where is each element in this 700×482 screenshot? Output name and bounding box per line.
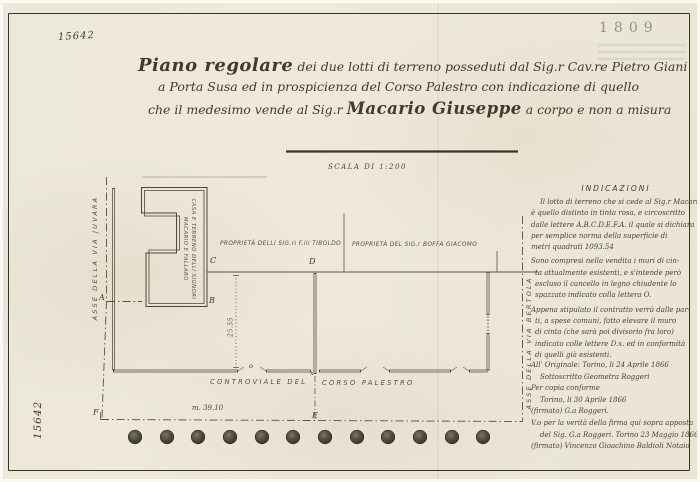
point-C: C xyxy=(210,256,216,265)
title-line1-rest: dei due lotti di terreno posseduti dal S… xyxy=(293,59,687,74)
archive-stamp-number: 1809 xyxy=(599,20,659,36)
certification-line: All' Originale: Torino, li 24 Aprile 186… xyxy=(531,360,699,372)
indicazioni-line: ti, a spese comuni, fatto elevare il mur… xyxy=(531,316,699,327)
certification-line: V.o per la verità della firma qui sopra … xyxy=(531,418,699,430)
document-title-line3: che il medesimo vende al Sig.r Macario G… xyxy=(148,99,671,118)
indicazioni-line: di cinta (che sarà poi divisorio fra lor… xyxy=(531,327,699,338)
point-A: A xyxy=(99,293,105,302)
inventory-number-side: 15642 xyxy=(32,401,44,439)
building-label: CASA E TERRENO DELLI SIGNORI MACARIO E F… xyxy=(181,198,197,299)
point-x: x xyxy=(310,369,314,377)
certification-block: All' Originale: Torino, li 24 Aprile 186… xyxy=(531,360,699,453)
point-B: B xyxy=(209,296,215,305)
property-label-boffa: PROPRIETÀ DEL SIG.r BOFFA GIACOMO xyxy=(352,242,477,248)
indicazioni-line: Il lotto di terreno che si cede al Sig.r… xyxy=(531,197,699,208)
document-title-line2: a Porta Susa ed in prospicienza del Cors… xyxy=(158,79,639,94)
title-line3-pre: che il medesimo vende al Sig.r xyxy=(148,102,347,117)
certification-line: Torino, li 30 Aprile 1866 xyxy=(531,395,699,407)
title-line3-post: a corpo e non a misura xyxy=(522,102,672,117)
indicazioni-line: ta attualmente esistenti, e s'intende pe… xyxy=(531,268,699,279)
width-dimension: m. 39.10 xyxy=(192,404,223,412)
indicazioni-line: è quello distinto in tinta rosa, e circo… xyxy=(531,208,699,219)
inventory-number: 15642 xyxy=(58,30,95,43)
building-label-line2: MACARIO E FALLARO xyxy=(181,198,189,299)
certification-line: del Sig. G.a Roggeri. Torino 23 Maggio 1… xyxy=(531,430,699,442)
indicazioni-line: dalle lettere A.B.C.D.E.F.A. il quale si… xyxy=(531,220,699,231)
scale-label: SCALA DI 1:200 xyxy=(328,163,407,171)
indicazioni-line: escluso il cancello in legno chiudente l… xyxy=(531,279,699,290)
indicazioni-line: indicato colle lettere D.x. ed in confor… xyxy=(531,339,699,350)
building-label-line1: CASA E TERRENO DELLI SIGNORI xyxy=(189,198,197,299)
point-D: D xyxy=(309,257,315,266)
street-label-corso-palestro: CORSO PALESTRO xyxy=(322,379,414,387)
depth-dimension: 25.55 xyxy=(228,317,235,337)
indicazioni-text: Il lotto di terreno che si cede al Sig.r… xyxy=(531,197,699,361)
point-F: F xyxy=(93,408,99,417)
street-label-controviale: CONTROVIALE DEL xyxy=(210,378,307,386)
point-E: E xyxy=(312,411,318,420)
title-lead: Piano regolare xyxy=(138,55,293,76)
certification-line: Sottoscritto Geometra Roggeri xyxy=(531,372,699,384)
buyer-name: Macario Giuseppe xyxy=(347,99,522,118)
axis-label-via-juvara: ASSE DELLA VIA JUVARA xyxy=(91,196,99,321)
surveyor-signature: (firmato) G.a Roggeri. xyxy=(531,406,699,418)
point-gate-O: o xyxy=(249,362,253,370)
indicazioni-heading: INDICAZIONI xyxy=(556,184,676,193)
notary-signature: (firmato) Vincenzo Gioachino Baldioli No… xyxy=(531,441,699,453)
indicazioni-line: metri quadrati 1093.54 xyxy=(531,242,699,253)
indicazioni-line: spazzato indicato colla lettera O. xyxy=(531,290,699,301)
indicazioni-line: Appena stipulato il contratto verrà dall… xyxy=(531,305,699,316)
scanned-plan-document: 15642 1809 15642 Piano regolare dei due … xyxy=(0,0,700,482)
document-title-line1: Piano regolare dei due lotti di terreno … xyxy=(138,55,687,76)
certification-line: Per copia conforme xyxy=(531,383,699,395)
property-label-tiboldo: PROPRIETÀ DELLI SIG.ri F.lli TIBOLDO xyxy=(220,241,341,247)
indicazioni-line: per semplice norma della superficie di xyxy=(531,231,699,242)
indicazioni-line: Sono compresi nella vendita i muri di ci… xyxy=(531,256,699,267)
